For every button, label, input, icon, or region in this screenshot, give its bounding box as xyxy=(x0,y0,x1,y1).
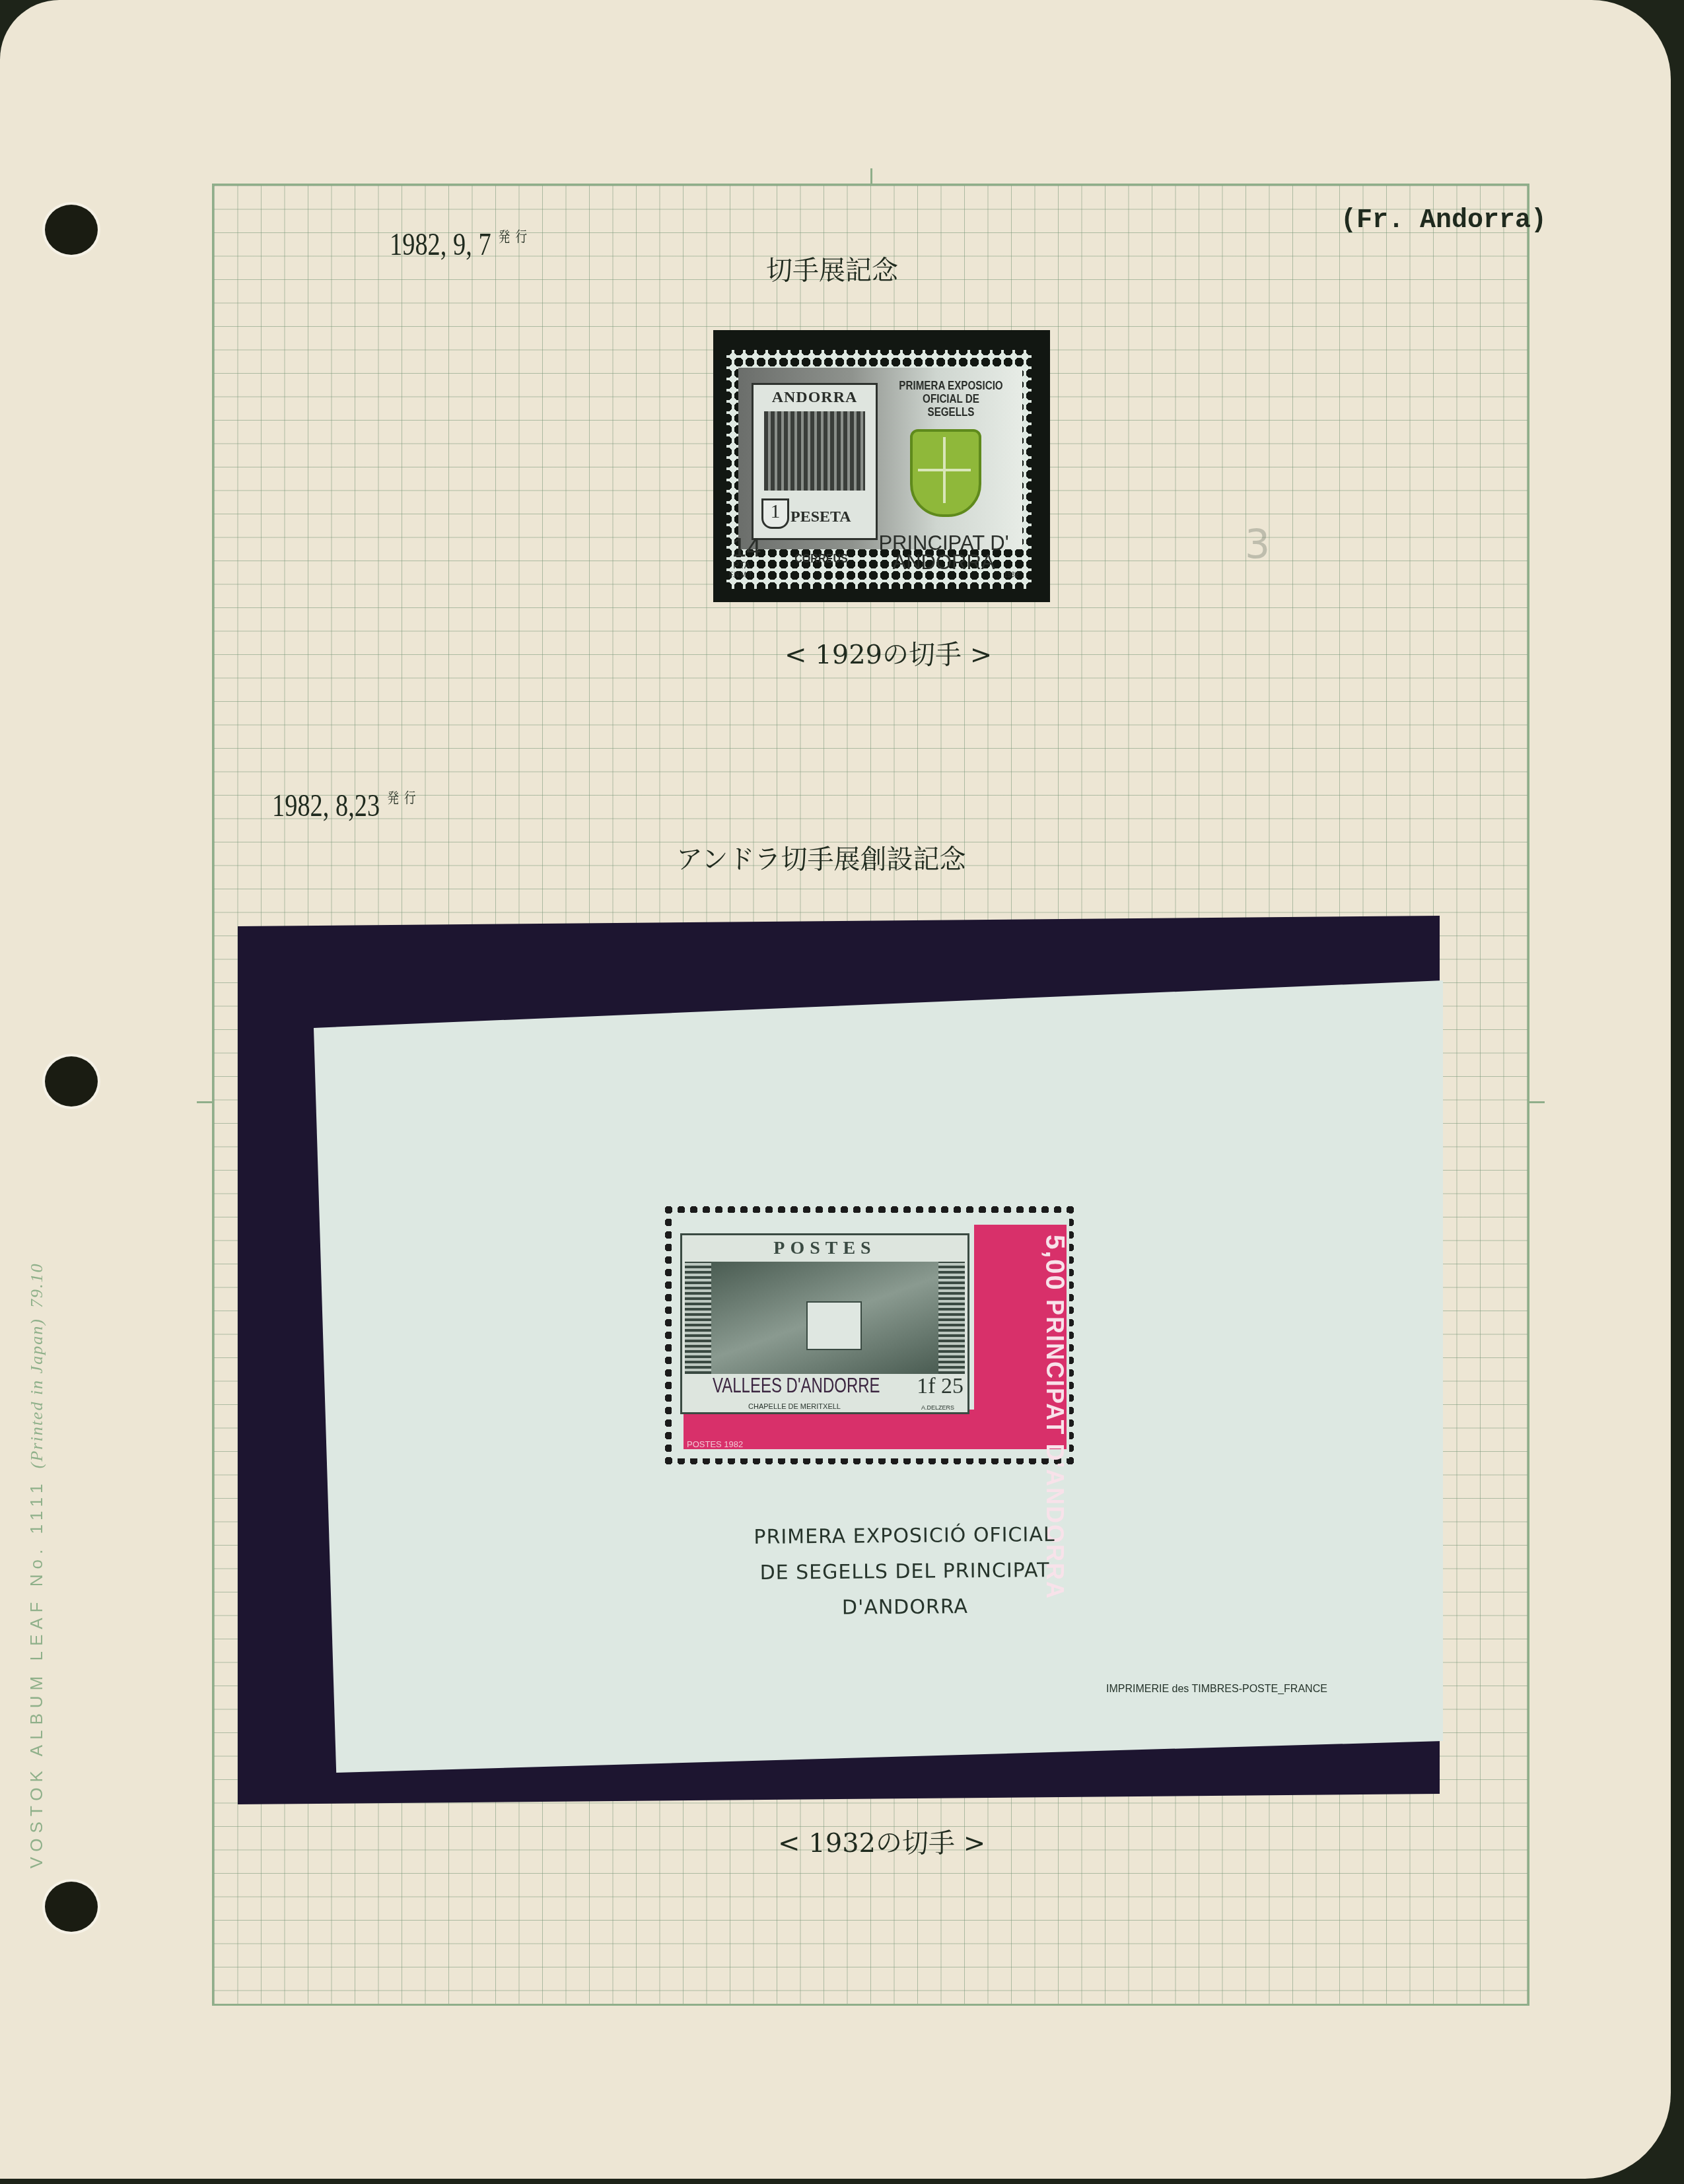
stamp-caption-2: < 1932の切手 > xyxy=(778,1822,985,1860)
entry-title-1: 切手展記念 xyxy=(766,250,898,287)
binder-hole-top xyxy=(45,205,98,255)
stamp-1-currency: PTA xyxy=(733,560,750,570)
stamp-1-country: PRINCIPAT D' ANDORRA xyxy=(868,533,1020,572)
stamp-1-value: 14 xyxy=(732,536,761,560)
coat-of-arms-icon xyxy=(910,429,981,517)
stamp-1-reproduced-stamp: ANDORRA 1 PESETA xyxy=(752,383,878,540)
souvenir-reproduced-stamp: POSTES VALLEES D'ANDORRE 1f 25 CHAPELLE … xyxy=(680,1233,969,1414)
souvenir-sheet-printer: IMPRIMERIE des TIMBRES-POSTE_FRANCE xyxy=(1106,1684,1327,1695)
pencil-note: 3 xyxy=(1245,522,1270,568)
souvenir-frame-label: POSTES 1982 xyxy=(687,1439,743,1449)
souvenir-sheet-inscription: PRIMERA EXPOSICIÓ OFICIAL DE SEGELLS DEL… xyxy=(699,1517,1109,1627)
country-label: (Fr. Andorra) xyxy=(1341,206,1547,236)
binder-hole-bottom xyxy=(45,1882,98,1932)
stamp-1-service: CORREUS xyxy=(794,552,848,566)
stamp-1-printer: F.N.M.T. xyxy=(729,572,754,579)
issue-date-2: 1982, 8,23発行 xyxy=(272,787,421,824)
center-tick-top xyxy=(870,168,872,184)
entry-title-2: アンドラ切手展創設記念 xyxy=(676,838,965,876)
album-leaf-imprint: VOSTOK ALBUM LEAF No. 1111 (Printed in J… xyxy=(26,1262,47,1868)
binder-hole-middle xyxy=(45,1056,98,1107)
album-page: VOSTOK ALBUM LEAF No. 1111 (Printed in J… xyxy=(0,0,1671,2179)
center-tick-left xyxy=(197,1101,213,1103)
stamp-1-exhibition-text: PRIMERA EXPOSICIO OFICIAL DE SEGELLS xyxy=(898,380,1004,419)
center-tick-right xyxy=(1529,1101,1545,1103)
chapel-illustration xyxy=(806,1301,862,1350)
stamp-1-year: 1982 xyxy=(1004,572,1018,579)
issue-date-1: 1982, 9, 7発行 xyxy=(390,226,532,263)
stamp-caption-1: < 1929の切手 > xyxy=(785,634,992,671)
